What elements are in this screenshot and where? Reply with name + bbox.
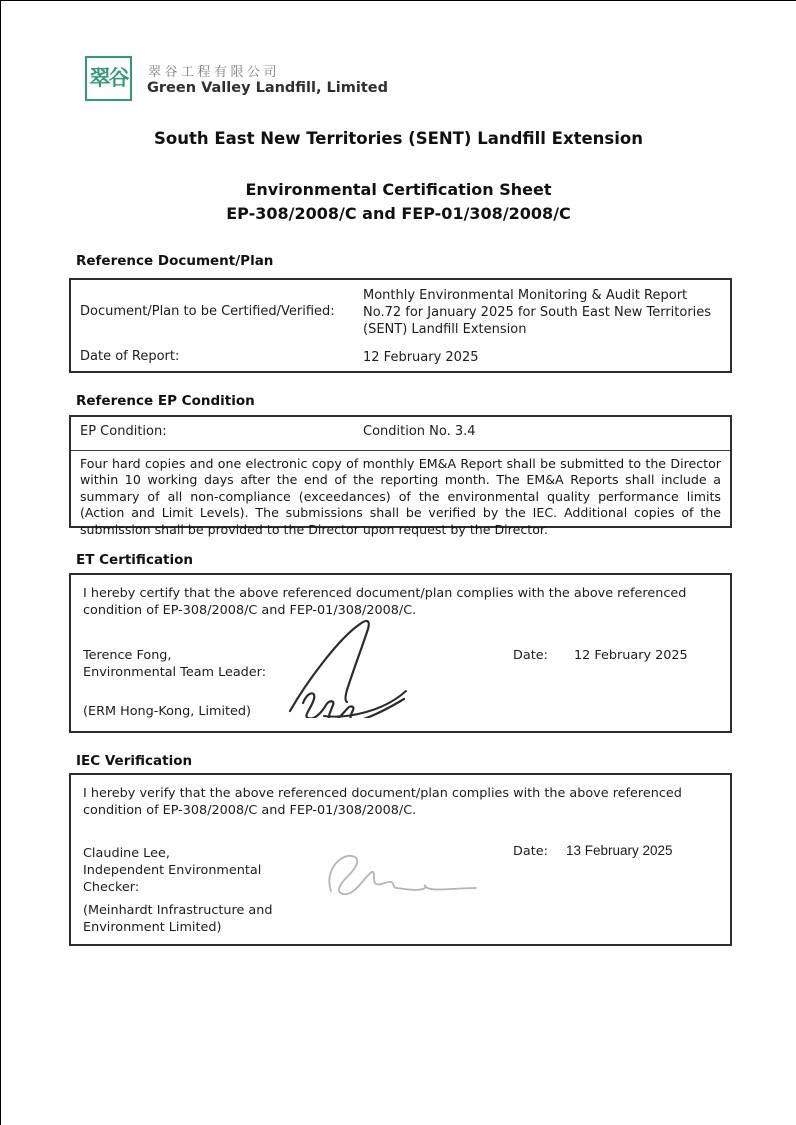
iec-verification-statement: I hereby verify that the above reference… [83,785,723,819]
et-date-row: Date: 12 February 2025 [513,648,688,663]
section-heading-iec-verification: IEC Verification [76,753,192,769]
ep-condition-box: EP Condition: Condition No. 3.4 Four har… [69,415,732,528]
document-subtitle: Environmental Certification Sheet [1,180,796,199]
certification-sheet-page: 翠谷 翠谷工程有限公司 Green Valley Landfill, Limit… [0,0,796,1125]
logo-characters: 翠谷 [90,68,128,89]
table-row: Document/Plan to be Certified/Verified: … [71,280,730,342]
date-of-report-value: 12 February 2025 [363,347,730,366]
green-valley-logo-icon: 翠谷 [85,56,132,101]
table-row: Date of Report: 12 February 2025 [71,342,730,370]
et-signatory-company: (ERM Hong-Kong, Limited) [83,703,343,720]
et-certification-box: I hereby certify that the above referenc… [69,573,732,733]
et-signatory-block: Terence Fong, Environmental Team Leader: [83,647,313,681]
et-signatory-name: Terence Fong, [83,647,313,664]
iec-verification-box: I hereby verify that the above reference… [69,773,732,946]
ep-condition-number: Condition No. 3.4 [363,417,730,447]
ep-condition-description: Four hard copies and one electronic copy… [71,451,730,544]
iec-signatory-company: (Meinhardt Infrastructure and Environmen… [83,902,318,936]
document-plan-label: Document/Plan to be Certified/Verified: [71,280,363,342]
et-signatory-title: Environmental Team Leader: [83,664,313,681]
document-plan-value: Monthly Environmental Monitoring & Audit… [363,280,730,342]
ep-condition-label: EP Condition: [71,417,363,447]
table-row: EP Condition: Condition No. 3.4 [71,417,730,447]
et-certification-statement: I hereby certify that the above referenc… [83,585,723,619]
section-heading-reference-document: Reference Document/Plan [76,253,273,269]
et-date-label: Date: [513,648,548,663]
company-name-chinese: 翠谷工程有限公司 [148,61,280,80]
section-heading-et-certification: ET Certification [76,552,193,568]
document-title: South East New Territories (SENT) Landfi… [1,129,796,148]
iec-signatory-name: Claudine Lee, [83,845,295,862]
iec-signature [321,847,486,905]
iec-date-value: 13 February 2025 [566,843,673,858]
section-heading-ep-condition: Reference EP Condition [76,393,255,409]
iec-date-row: Date: 13 February 2025 [513,843,673,859]
permit-numbers-title: EP-308/2008/C and FEP-01/308/2008/C [1,204,796,223]
iec-signatory-title: Independent Environmental Checker: [83,862,295,896]
date-of-report-label: Date of Report: [71,349,363,364]
et-date-value: 12 February 2025 [574,648,688,663]
reference-document-box: Document/Plan to be Certified/Verified: … [69,278,732,373]
iec-signatory-block: Claudine Lee, Independent Environmental … [83,845,295,896]
iec-date-label: Date: [513,844,548,859]
company-name-english: Green Valley Landfill, Limited [147,80,388,96]
